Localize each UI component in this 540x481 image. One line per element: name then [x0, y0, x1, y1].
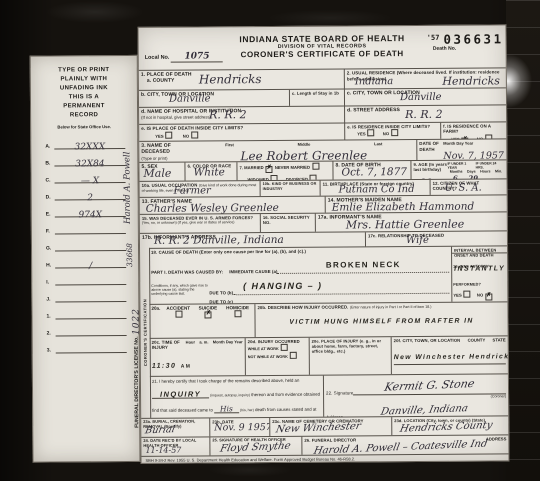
field-relationship: 17c. RELATIONSHIP TO DECEASED Wife: [365, 231, 507, 246]
field-date-of-birth: 8. DATE OF BIRTH Oct. 7, 1877: [332, 161, 410, 180]
field-cause-of-death: 18. CAUSE OF DEATH (Enter only one cause…: [149, 247, 451, 304]
no-checkbox: [485, 134, 492, 139]
field-date-of-death: DATE OF DEATH Month Day Year Nov. 7, 195…: [416, 139, 506, 160]
married-checkbox: ✗: [266, 166, 273, 173]
field-street-address: d. STREET ADDRESS R. R. 2: [344, 105, 506, 122]
residence-state-value: Indiana: [355, 76, 393, 87]
street-address-value: R. R. 2: [405, 108, 443, 121]
death-no-stamp: '57036631 Death No.: [427, 28, 504, 52]
field-city-of-death: b. CITY, TOWN OR LOCATION Danville: [139, 90, 289, 107]
citizen-value: U. S. A.: [445, 183, 482, 194]
no-checkbox: ✗: [485, 293, 492, 300]
field-manner-of-death: 20a. ACCIDENT SUICIDE✗ HOMICIDE: [149, 304, 254, 338]
while-at-work-checkbox: [281, 344, 288, 351]
age-value: 80: [420, 177, 433, 179]
field-mothers-maiden-name: 14. MOTHER'S MAIDEN NAME Emlie Elizabeth…: [325, 195, 507, 212]
city-of-death-value: Danville: [169, 93, 211, 104]
widowed-checkbox: [271, 175, 278, 180]
yes-checkbox: [464, 291, 471, 298]
relationship-value: Wife: [406, 235, 429, 246]
field-sex: 5. SEX Male: [139, 163, 184, 181]
injury-hour-value: 11:30: [152, 362, 176, 369]
field-hospital: d. NAME OF HOSPITAL OR INSTITUTION (If n…: [139, 106, 344, 123]
inquiry-value: INQUIRY: [160, 389, 201, 398]
immediate-cause-value: BROKEN NECK: [326, 260, 401, 270]
field-color-or-race: 6. COLOR OR RACE White: [184, 162, 236, 180]
field-name-of-deceased: 3. NAME OF DECEASED(Type or print) First…: [139, 140, 416, 162]
field-kind-of-business: 10b. KIND OF BUSINESS OR INDUSTRY: [260, 181, 320, 196]
coroner-signature-value: Kermit G. Stone: [383, 377, 476, 394]
cemetery-name-value: New Winchester: [275, 421, 362, 436]
field-informant-address: 17b. INFORMANT'S ADDRESS R. R. 2 Danvill…: [140, 232, 365, 248]
injury-ampm-value: AM: [181, 363, 192, 369]
microfilm-scan: TYPE OR PRINTPLAINLY WITH UNFADING INKTH…: [0, 0, 540, 481]
deceased-name-value: Lee Robert Greenlee: [240, 148, 367, 162]
field-informant-name: 17a. INFORMANT'S NAME Mrs. Hattie Greenl…: [315, 212, 507, 231]
hospital-value: R. R. 2: [209, 108, 247, 121]
divorced-checkbox: [310, 175, 317, 181]
field-usual-occupation: 10a. USUAL OCCUPATION (Give kind of work…: [140, 181, 260, 197]
field-age: 9. AGE (In years last birthday) 80 IF UN…: [410, 160, 506, 179]
margin-handwriting-funeral-director: Harold A. Powell: [122, 59, 133, 224]
date-of-birth-value: Oct. 7, 1877: [341, 166, 407, 178]
field-injury-location: 20f. CITY, TOWN, OR LOCATION COUNTY STAT…: [391, 336, 508, 374]
field-death-inside-city-limits: e. IS PLACE OF DEATH INSIDE CITY LIMITS?…: [139, 123, 344, 140]
field-time-of-injury: 20c. TIME OF INJURY Houra. m.Month Day Y…: [150, 338, 245, 376]
field-burial-date: 23b. DATE Nov. 9 1957: [209, 418, 269, 436]
date-of-death-value: Nov. 7, 1957: [443, 150, 504, 160]
field-social-security-no: 16. SOCIAL SECURITY NO.: [260, 214, 315, 232]
yes-checkbox: [166, 131, 173, 138]
field-birthplace: 11. BIRTHPLACE (State or foreign country…: [320, 180, 430, 196]
yes-checkbox: [368, 130, 375, 137]
certificate-form: INDIANA STATE BOARD OF HEALTH DIVISION O…: [137, 24, 509, 464]
field-usual-residence: 2. USUAL RESIDENCE (Where deceased lived…: [344, 68, 506, 88]
county-value: Hendricks: [199, 72, 262, 86]
margin-handwriting-license-number: 33668: [125, 227, 134, 267]
stub-line-a: A.32XXX: [45, 132, 125, 150]
no-checkbox: [191, 131, 198, 138]
death-certificate: TYPE OR PRINTPLAINLY WITH UNFADING INKTH…: [29, 24, 509, 465]
date-received-value: 11-14-57: [145, 446, 181, 455]
suicide-checkbox: ✗: [205, 311, 212, 318]
stub-line-i: I.: [46, 268, 126, 286]
stub-line-3: 3.: [47, 336, 127, 354]
homicide-checkbox: [235, 310, 242, 317]
stub-line-h: H./: [46, 251, 126, 269]
field-cemetery-location: 23d. LOCATION (City, town, or county) (S…: [391, 416, 508, 435]
field-citizen-of: 12. CITIZEN OF WHAT COUNTRY? U. S. A.: [430, 179, 507, 195]
race-value: White: [193, 166, 224, 178]
field-interval-onset-death: INTERVAL BETWEEN ONSET AND DEATH INSTANT…: [451, 246, 507, 301]
birthplace-value: Putnam Co Ind: [339, 184, 415, 196]
coroner-certification-statement: 21. I hereby certify that I took charge …: [150, 376, 323, 418]
field-place-of-death-county: 1. PLACE OF DEATH a. COUNTY Hendricks: [139, 69, 344, 89]
fathers-name-value: Charles Wesley Greenlee: [146, 202, 279, 214]
never-married-checkbox: [312, 163, 319, 170]
field-funeral-director: 26. FUNERAL DIRECTOR ADDRESS Harold A. P…: [301, 435, 508, 454]
informant-address-value: R. R. 2 Danville, Indiana: [154, 234, 284, 247]
field-residence-city: c. CITY, TOWN OR LOCATION Danville: [344, 88, 506, 105]
field-health-officer-signature: 25. SIGNATURE OF HEALTH OFFICER Floyd Sm…: [209, 437, 301, 456]
field-length-of-stay: c. Length of Stay in 1b: [289, 89, 344, 105]
mothers-name-value: Emlie Elizabeth Hammond: [332, 201, 475, 213]
residence-county-value: Hendricks: [442, 74, 500, 87]
injury-location-value: New Winchester Hendricks Ind.: [394, 353, 508, 361]
stub-line-1: 1.: [46, 302, 126, 320]
field-residence-on-farm: f. IS RESIDENCE ON A FARM? YES✗ NO: [440, 122, 506, 138]
field-fathers-name: 13. FATHER'S NAME Charles Wesley Greenle…: [140, 197, 325, 214]
stub-line-j: J.: [46, 285, 126, 303]
residence-city-value: Danville: [400, 92, 442, 103]
field-armed-forces: 15. WAS DECEASED EVER IN U. S. ARMED FOR…: [140, 214, 260, 233]
no-checkbox: [391, 129, 398, 136]
field-describe-injury: 20b. DESCRIBE HOW INJURY OCCURRED. (Ente…: [254, 302, 507, 337]
field-autopsy: 19. WAS AUTOPSY PERFORMED? YES NO✗: [452, 252, 507, 301]
field-burial-type: 23a. BURIAL, CREMATION, REMOVAL (Specify…: [141, 418, 209, 436]
stub-line-e: E.974X: [46, 200, 126, 218]
stub-line-2: 2.: [47, 319, 127, 337]
not-while-at-work-checkbox: [290, 352, 297, 359]
due-to-b-value: ( HANGING – ): [243, 281, 322, 292]
field-place-of-injury: 20e. PLACE OF INJURY (e. g., in or about…: [309, 337, 391, 375]
field-coroner-signature: 22. Signature Kermit G. Stone (Coroner) …: [323, 374, 508, 416]
coroner-address-value: Danville, Indiana: [380, 403, 469, 417]
field-marital-status: 7. MARRIED✗ NEVER MARRIED WIDOWED DIVORC…: [236, 162, 332, 181]
burial-type-value: Burial: [144, 424, 176, 436]
informant-name-value: Mrs. Hattie Greenlee: [346, 218, 464, 232]
field-date-received: 24. DATE REC'D BY LOCAL HEALTH OFFICER 1…: [141, 437, 209, 455]
field-injury-occurred: 20d. INJURY OCCURRED WHILE AT WORK NOT W…: [245, 338, 309, 375]
local-no: Local No. 1075: [145, 51, 223, 63]
yes-checkbox: ✗: [462, 137, 469, 138]
local-no-value: 1075: [171, 51, 223, 62]
stub-line-g: G.: [46, 234, 126, 252]
his-her-value: His: [220, 404, 233, 413]
injury-description-line1: VICTIM HUNG HIMSELF FROM RAFTER IN: [289, 318, 473, 326]
field-cemetery-name: 23c. NAME OF CEMETERY OR CREMATORY New W…: [269, 417, 391, 436]
occupation-value: Farmer: [174, 185, 211, 196]
burial-date-value: Nov. 9 1957: [214, 422, 269, 433]
sex-value: Male: [143, 167, 171, 180]
field-residence-inside-city-limits: e. IS RESIDENCE INSIDE CITY LIMITS? YES …: [344, 123, 440, 140]
certificate-header: INDIANA STATE BOARD OF HEALTH DIVISION O…: [138, 25, 505, 70]
accident-checkbox: [175, 311, 182, 318]
health-officer-signature-value: Floyd Smythe: [219, 441, 292, 455]
